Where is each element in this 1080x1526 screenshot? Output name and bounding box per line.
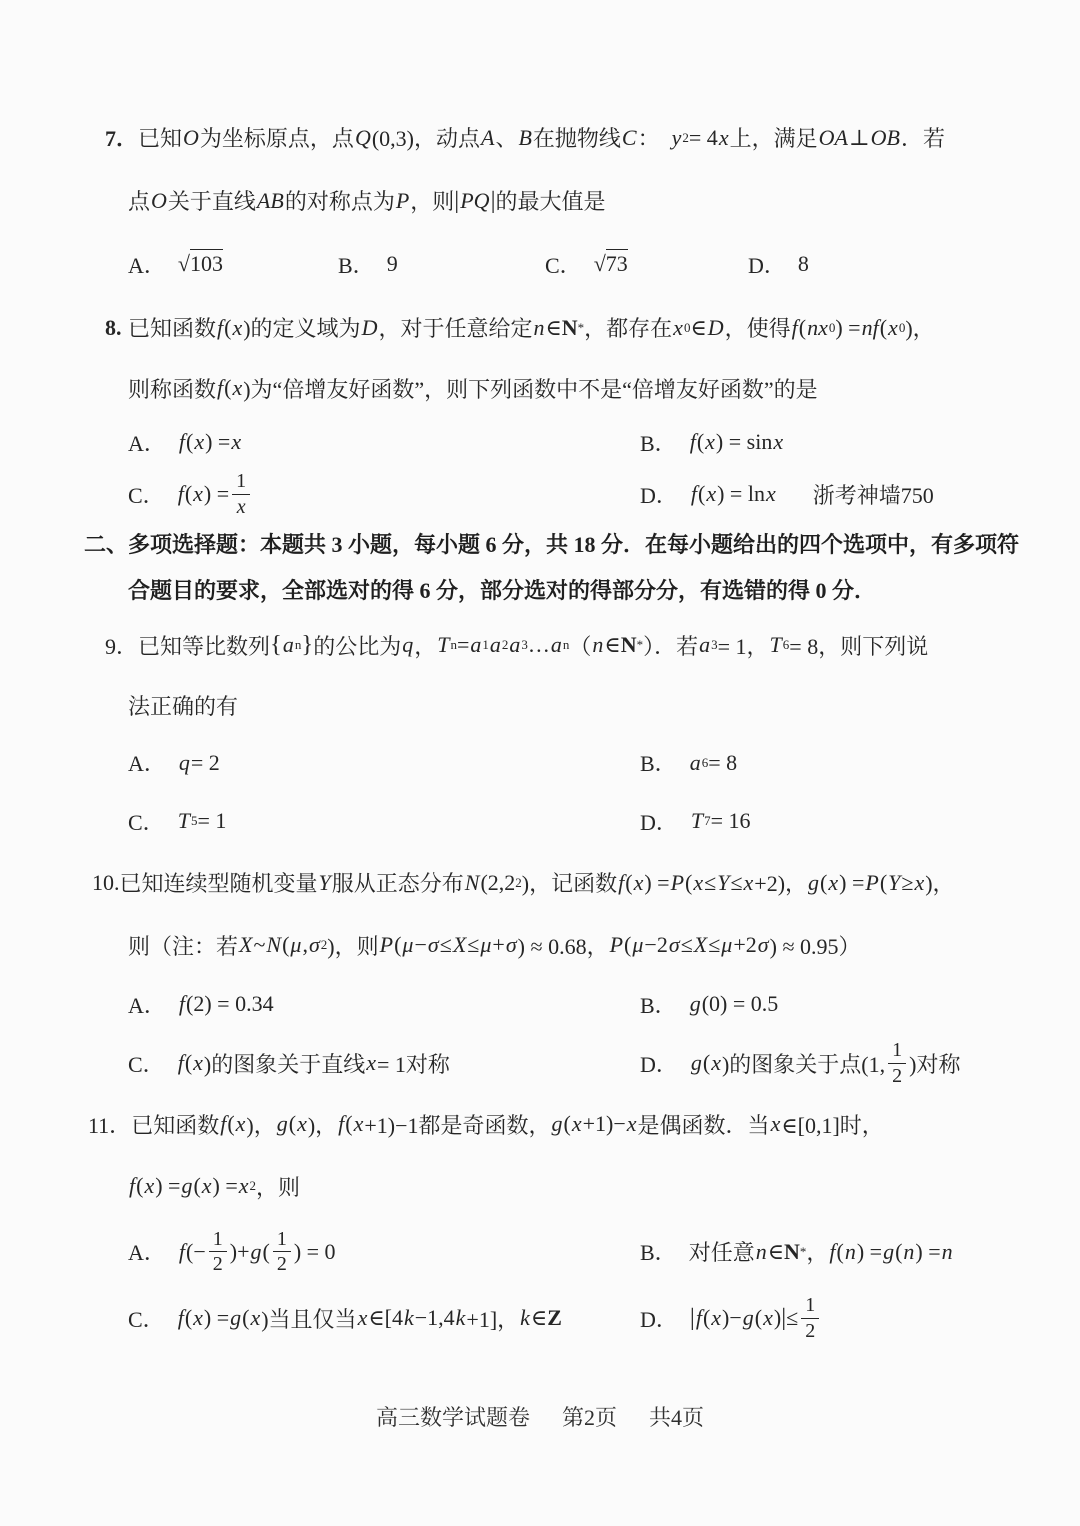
option-formula: q = 2 [178,750,220,776]
q10-option-c: C． f(x)的图象关于直线x = 1对称 [128,1048,640,1079]
q10-number: 10. [92,870,120,896]
watermark-text: 浙考神墙750 [813,479,934,510]
q10-stem-text-1: 已知连续型随机变量Y服从正态分布N(2,22)，记函数f(x) = P(x ≤ … [120,867,955,898]
option-formula: 对任意n∈N*，f(n) = g(n) = n [689,1236,954,1267]
footer-doc-title: 高三数学试题卷 [376,1401,530,1432]
q10-options-row-1: A． f(2) = 0.34 B． g(0) = 0.5 [128,976,1080,1032]
q11-option-c: C． f(x) = g(x)当且仅当x∈[4k−1,4k+1]，k∈Z [128,1303,640,1334]
option-formula: f(x) = g(x)当且仅当x∈[4k−1,4k+1]，k∈Z [177,1303,562,1334]
option-formula: f(x) = 1x [177,470,253,518]
q10-stem-text-2: 则（注：若X ~ N(μ,σ2)，则P(μ−σ ≤ X ≤ μ+σ) ≈ 0.6… [128,930,861,961]
option-formula: g(0) = 0.5 [689,991,779,1017]
q7-stem-text-1: 已知O为坐标原点，点Q(0,3)，动点A、B在抛物线C： y2 = 4x 上，满… [138,122,945,153]
section-multiple-choice-header: 二、多项选择题：本题共 3 小题，每小题 6 分，共 18 分．在每小题给出的四… [0,521,1080,613]
q11-stem-line-1: 11． 已知函数f(x)，g(x)，f(x+1)−1都是奇函数，g(x+1)−x… [88,1094,1080,1154]
option-formula: f(2) = 0.34 [178,991,274,1017]
q9-options-row-1: A． q = 2 B． a6 = 8 [128,734,1080,791]
question-10: 10. 已知连续型随机变量Y服从正态分布N(2,22)，记函数f(x) = P(… [0,851,1080,1094]
option-label: A． [128,427,166,458]
q9-stem-line-1: 9． 已知等比数列{an}的公比为q，Tn = a1a2a3…an（n∈N*）．… [105,613,1080,677]
q10-option-a: A． f(2) = 0.34 [128,989,640,1020]
q11-stem-line-2: f(x) = g(x) = x2，则 [128,1154,1080,1218]
q10-option-d: D． g(x)的图象关于点(1,12)对称 [640,1039,960,1087]
option-formula: f(x) = sin x [689,429,784,455]
exam-page: 7． 已知O为坐标原点，点Q(0,3)，动点A、B在抛物线C： y2 = 4x … [0,0,1080,1526]
q10-options-row-2: C． f(x)的图象关于直线x = 1对称 D． g(x)的图象关于点(1,12… [128,1032,1080,1094]
option-formula: f(x) = ln x [690,481,777,507]
option-formula: g(x)的图象关于点(1,12)对称 [690,1039,961,1087]
q10-stem-line-1: 10. 已知连续型随机变量Y服从正态分布N(2,22)，记函数f(x) = P(… [92,851,1080,914]
q9-option-c: C． T5 = 1 [128,806,640,837]
question-7: 7． 已知O为坐标原点，点Q(0,3)，动点A、B在抛物线C： y2 = 4x … [0,106,1080,296]
q7-stem-line-1: 7． 已知O为坐标原点，点Q(0,3)，动点A、B在抛物线C： y2 = 4x … [105,106,1080,169]
q8-option-c: C． f(x) = 1x [128,470,640,518]
q8-number: 8. [105,315,128,341]
option-label: C． [128,1303,165,1334]
option-label: B． [640,989,677,1020]
q11-option-d: D． |f(x)−g(x)| ≤ 12 [640,1294,822,1342]
option-label: A． [128,249,166,280]
page-footer: 高三数学试题卷 第2页 共4页 [0,1391,1080,1441]
option-formula: 8 [798,251,809,277]
option-label: B． [640,747,677,778]
option-label: C． [128,806,165,837]
q9-number: 9． [105,630,138,661]
option-label: B． [640,427,677,458]
option-label: A． [128,1236,166,1267]
option-label: D． [640,806,678,837]
q10-stem-line-2: 则（注：若X ~ N(μ,σ2)，则P(μ−σ ≤ X ≤ μ+σ) ≈ 0.6… [128,914,1080,976]
option-formula: a6 = 8 [689,750,737,776]
q8-option-a: A． f(x) = x [128,427,640,458]
question-9: 9． 已知等比数列{an}的公比为q，Tn = a1a2a3…an（n∈N*）．… [0,613,1080,851]
option-label: B． [338,249,375,280]
q9-option-b: B． a6 = 8 [640,747,737,778]
option-formula: T7 = 16 [690,808,751,834]
q8-stem-text-2: 则称函数f(x)为“倍增友好函数”，则下列函数中不是“倍增友好函数”的是 [128,373,818,404]
q11-options-row-2: C． f(x) = g(x)当且仅当x∈[4k−1,4k+1]，k∈Z D． |… [128,1285,1080,1351]
q7-option-c: C． √73 [545,249,748,280]
q11-option-b: B． 对任意n∈N*，f(n) = g(n) = n [640,1236,954,1267]
q10-option-b: B． g(0) = 0.5 [640,989,778,1020]
option-label: C． [128,1048,165,1079]
q7-stem-line-2: 点O关于直线AB的对称点为P，则|PQ|的最大值是 [128,169,1080,232]
option-label: A． [128,989,166,1020]
q11-stem-text-1: 已知函数f(x)，g(x)，f(x+1)−1都是奇函数，g(x+1)−x是偶函数… [131,1109,884,1140]
q7-stem-text-2: 点O关于直线AB的对称点为P，则|PQ|的最大值是 [128,185,606,216]
q9-stem-text-2: 法正确的有 [128,690,238,721]
q8-options-row-2: C． f(x) = 1x D． f(x) = ln x 浙考神墙750 [128,467,1080,521]
option-label: C． [128,479,165,510]
q7-options-row: A． √103 B． 9 C． √73 D． 8 [128,232,1080,296]
q11-number: 11． [88,1109,131,1140]
q9-option-a: A． q = 2 [128,747,640,778]
question-11: 11． 已知函数f(x)，g(x)，f(x+1)−1都是奇函数，g(x+1)−x… [0,1094,1080,1351]
q9-option-d: D． T7 = 16 [640,806,751,837]
option-label: D． [640,479,678,510]
option-label: D． [640,1303,678,1334]
option-label: D． [640,1048,678,1079]
footer-total-pages: 共4页 [649,1401,704,1432]
option-formula: |f(x)−g(x)| ≤ 12 [690,1294,822,1342]
q8-stem-line-1: 8. 已知函数f(x)的定义域为D，对于任意给定n∈N*，都存在x0∈D，使得f… [105,296,1080,359]
option-label: B． [640,1236,677,1267]
q9-options-row-2: C． T5 = 1 D． T7 = 16 [128,791,1080,851]
question-8: 8. 已知函数f(x)的定义域为D，对于任意给定n∈N*，都存在x0∈D，使得f… [0,296,1080,521]
option-formula: √103 [178,251,223,277]
q8-stem-line-2: 则称函数f(x)为“倍增友好函数”，则下列函数中不是“倍增友好函数”的是 [128,359,1080,417]
q8-stem-text-1: 已知函数f(x)的定义域为D，对于任意给定n∈N*，都存在x0∈D，使得f(nx… [128,312,935,343]
option-label: C． [545,249,582,280]
q7-number: 7． [105,122,138,153]
q11-options-row-1: A． f(−12)+g(12) = 0 B． 对任意n∈N*，f(n) = g(… [128,1218,1080,1285]
option-label: A． [128,747,166,778]
q8-options-row-1: A． f(x) = x B． f(x) = sin x [128,417,1080,467]
section-header-text-1: 二、多项选择题：本题共 3 小题，每小题 6 分，共 18 分．在每小题给出的四… [84,528,1019,559]
section-header-line-1: 二、多项选择题：本题共 3 小题，每小题 6 分，共 18 分．在每小题给出的四… [84,521,1080,565]
q9-stem-text-1: 已知等比数列{an}的公比为q，Tn = a1a2a3…an（n∈N*）．若a3… [138,630,928,661]
option-formula: 9 [387,251,398,277]
q7-option-d: D． 8 [748,249,809,280]
footer-page-number: 第2页 [562,1401,617,1432]
option-label: D． [748,249,786,280]
section-header-line-2: 合题目的要求，全部选对的得 6 分，部分选对的得部分分，有选错的得 0 分． [128,565,1080,613]
q8-option-b: B． f(x) = sin x [640,427,784,458]
q11-stem-text-2: f(x) = g(x) = x2，则 [128,1171,300,1202]
option-formula: √73 [594,251,628,277]
option-formula: T5 = 1 [177,808,227,834]
option-formula: f(x) = x [178,429,242,455]
q9-stem-line-2: 法正确的有 [128,677,1080,734]
q7-option-a: A． √103 [128,249,338,280]
option-formula: f(−12)+g(12) = 0 [178,1228,336,1276]
section-header-text-2: 合题目的要求，全部选对的得 6 分，部分选对的得部分分，有选错的得 0 分． [128,574,876,605]
q8-option-d: D． f(x) = ln x 浙考神墙750 [640,479,934,510]
q7-option-b: B． 9 [338,249,545,280]
option-formula: f(x)的图象关于直线x = 1对称 [177,1048,450,1079]
q11-option-a: A． f(−12)+g(12) = 0 [128,1228,640,1276]
